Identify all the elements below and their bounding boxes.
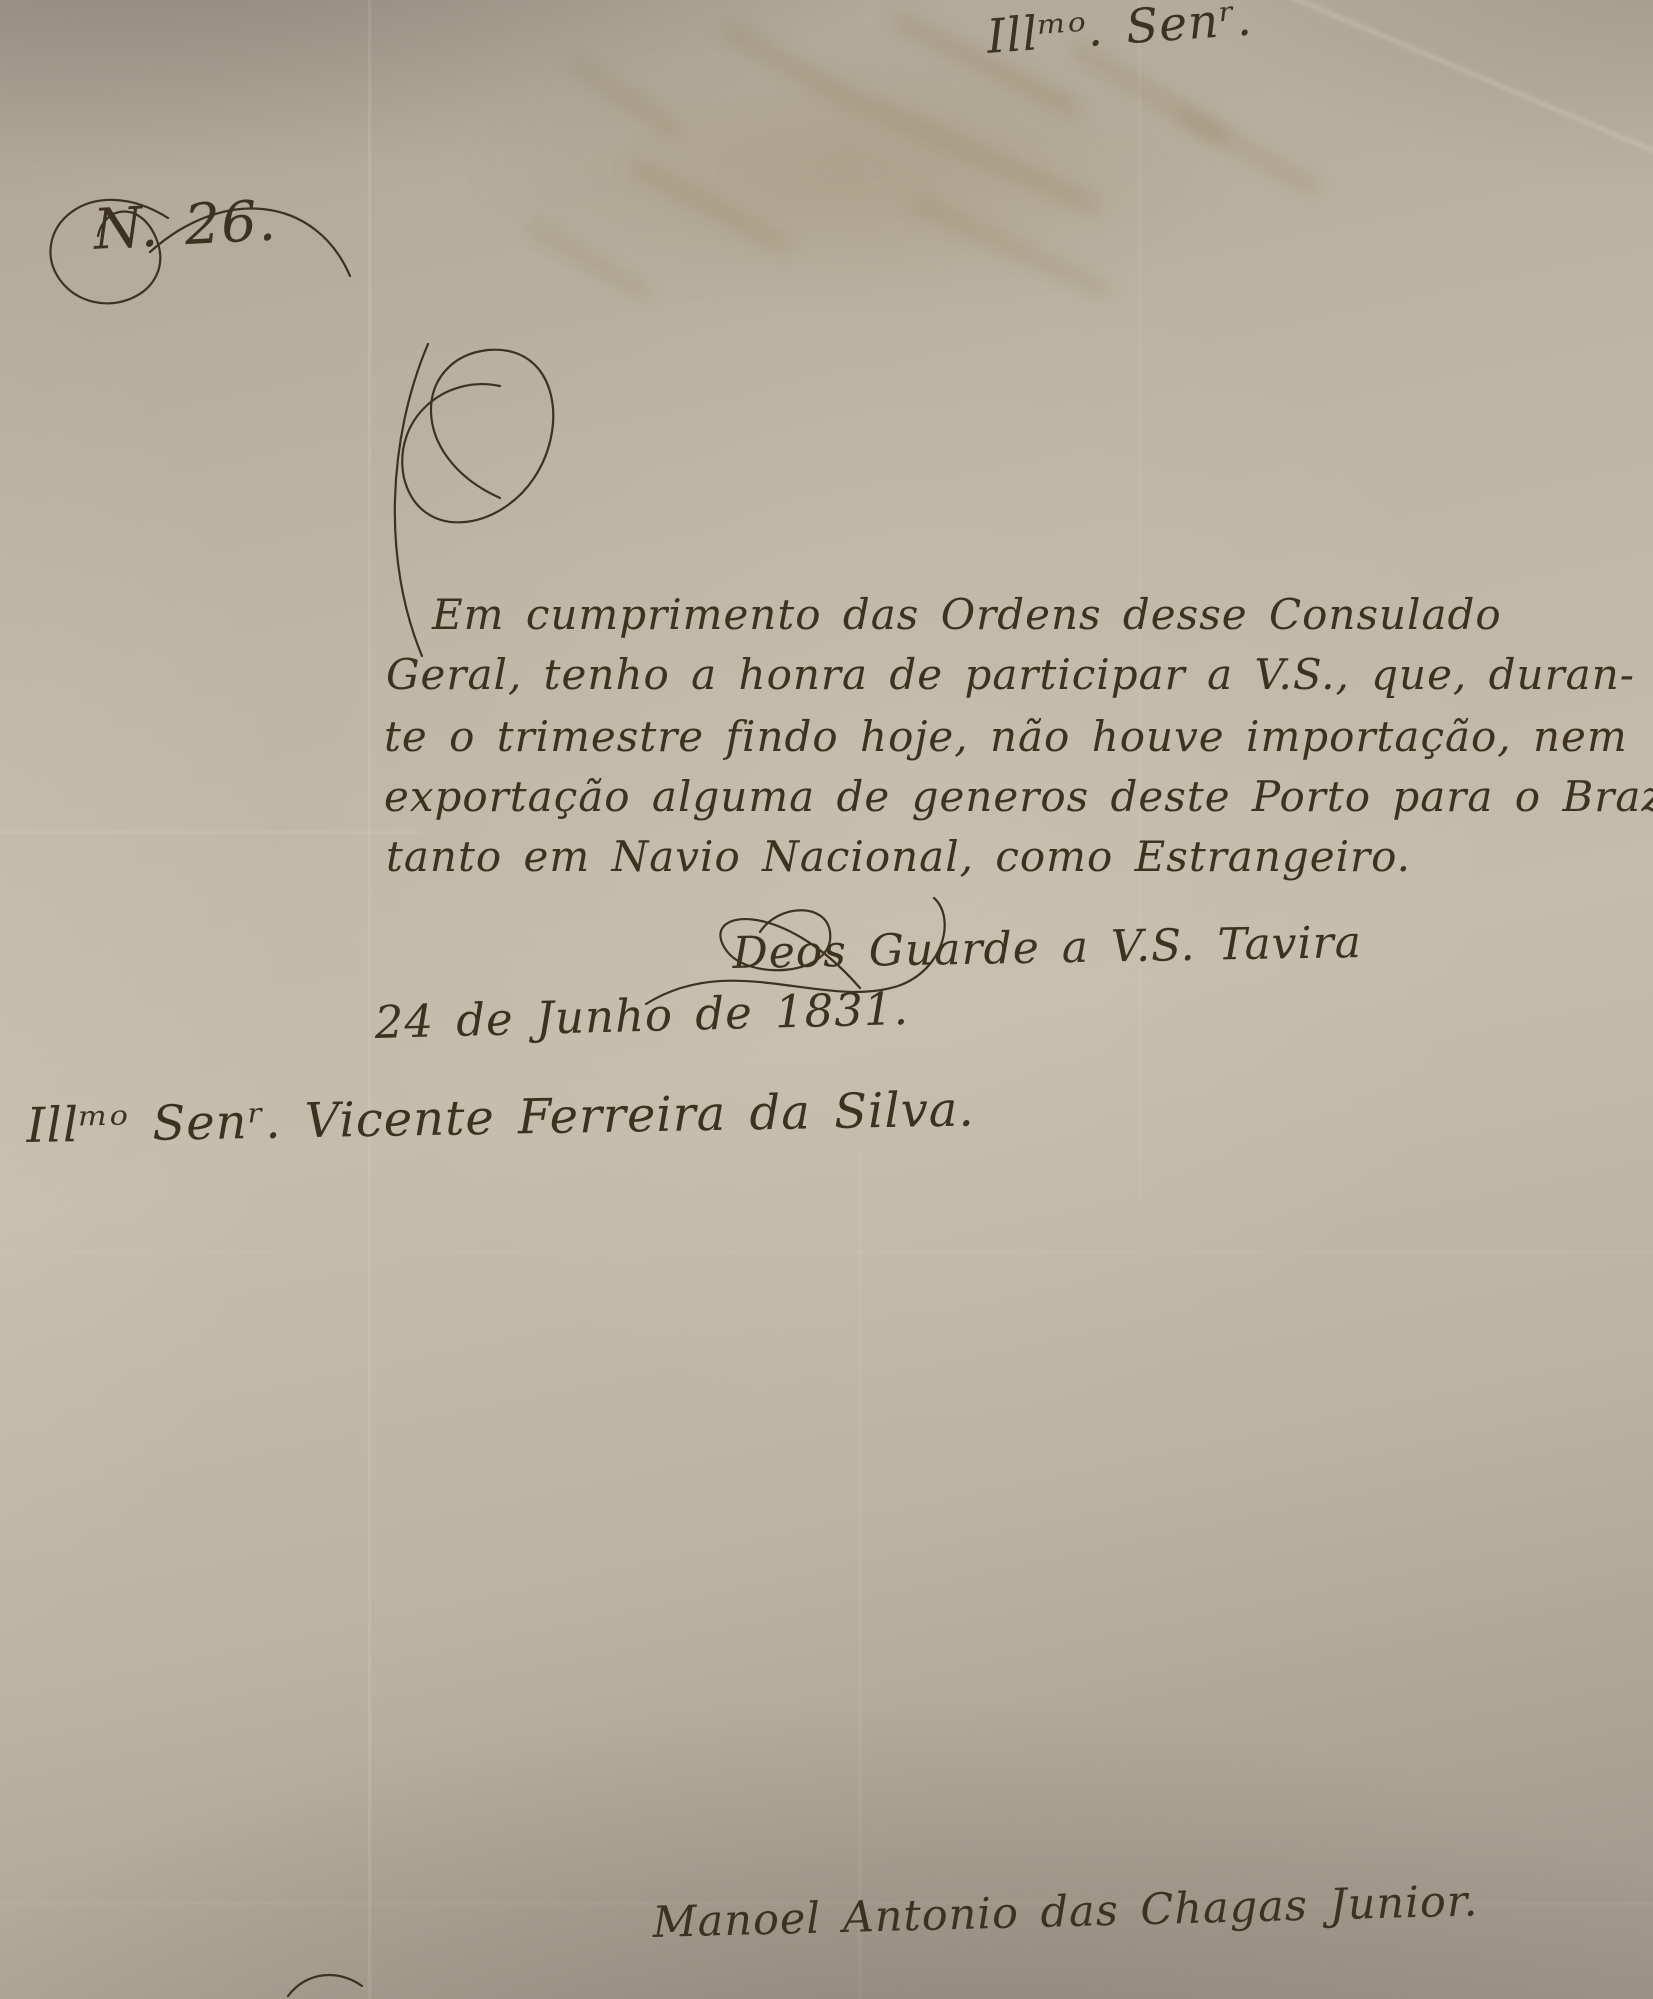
crease-diagonal-top-right	[1254, 0, 1653, 186]
stain-stroke	[1177, 107, 1324, 197]
body-line: exportação alguma de generos deste Porto…	[384, 772, 1653, 821]
letter-page: Illᵐᵒ. Senʳ. N. 26. Em cumprimento das O…	[0, 0, 1653, 1999]
stain-stroke	[627, 159, 792, 255]
stain-stroke	[908, 194, 1113, 299]
stain-stroke	[527, 220, 653, 302]
body-line: Em cumprimento das Ordens desse Consulad…	[432, 590, 1502, 639]
stain-stroke	[868, 100, 1102, 215]
salutation-top: Illᵐᵒ. Senʳ.	[985, 0, 1254, 65]
crease-vertical-center	[858, 1150, 861, 1999]
dateline: 24 de Junho de 1831.	[374, 982, 909, 1049]
letter-number: N. 26.	[92, 188, 278, 262]
body-line: Geral, tenho a honra de participar a V.S…	[386, 650, 1635, 699]
stain-blob	[470, 40, 1230, 300]
stain-stroke	[567, 55, 683, 139]
signature-line: Manoel Antonio das Chagas Junior.	[652, 1876, 1479, 1948]
crease-horizontal-middle	[0, 1251, 1653, 1254]
body-line: te o trimestre findo hoje, não houve imp…	[384, 712, 1628, 761]
stain-stroke	[717, 20, 873, 116]
ink-mark-icon	[282, 1966, 372, 1999]
body-line: tanto em Navio Nacional, como Estrangeir…	[386, 832, 1411, 881]
crease-horizontal-upper	[0, 831, 420, 834]
addressee-line: Illᵐᵒ Senʳ. Vicente Ferreira da Silva.	[26, 1081, 975, 1154]
valediction-line: Deos Guarde a V.S. Tavira	[732, 917, 1362, 979]
crease-vertical-left	[368, 0, 371, 1999]
ink-bleed-stain	[430, 30, 1330, 330]
